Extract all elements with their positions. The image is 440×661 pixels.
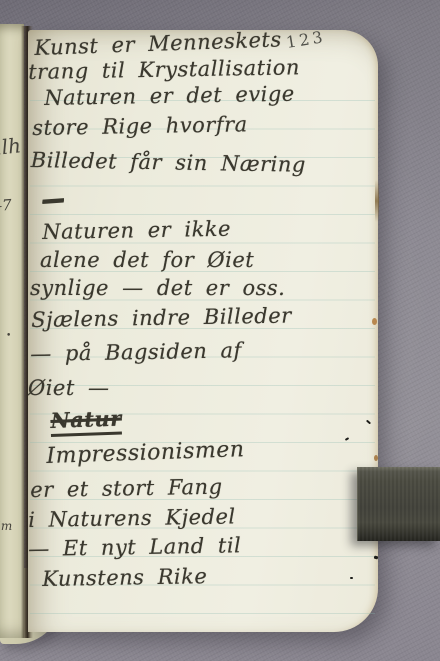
marginalia-fragment: –7 [0,196,12,215]
fabric-speck [350,577,353,579]
marginalia-fragment: llh [0,133,22,160]
handwriting-line: — [40,183,66,214]
marginalia-fragment: ’m [0,519,12,533]
handwriting-line: — på Bagsiden af [30,338,242,366]
photograph-of-notebook: 123 Kunst er Mennesketstrang til Krystal… [0,0,440,661]
handwriting-line: alene det for Øiet [40,248,254,272]
handwriting-line: — Et nyt Land til [28,533,241,561]
handwriting-line: trang til Krystallisation [28,55,300,84]
handwriting-line: i Naturens Kjedel [28,504,236,532]
handwriting-line: Naturen er ikke [42,217,231,244]
paper-edge-fiber [375,180,379,222]
handwriting-line: synlige — det er oss. [30,276,285,300]
rust-spot [374,455,378,461]
handwriting-line: Kunstens Rike [42,564,207,591]
page-number: 123 [285,27,327,52]
handwriting-line: Impressionismen [46,437,245,469]
handwriting-line: Kunst er Menneskets [34,27,282,60]
metal-clamp [357,467,440,541]
handwriting-line: Naturen er det evige [44,82,295,110]
rust-spot [372,318,377,325]
notebook-page: 123 Kunst er Mennesketstrang til Krystal… [28,30,378,632]
fabric-speck [374,556,379,560]
marginalia-fragment: • [6,331,11,341]
handwriting-line: store Rige hvorfra [32,112,248,140]
handwriting-line: Natur [50,406,122,437]
handwriting-line: Sjælens indre Billeder [31,303,292,332]
handwriting-line: er et stort Fang [30,475,223,502]
handwriting-line: Billedet får sin Næring [31,148,306,177]
handwriting-line: Øiet — [28,376,109,400]
